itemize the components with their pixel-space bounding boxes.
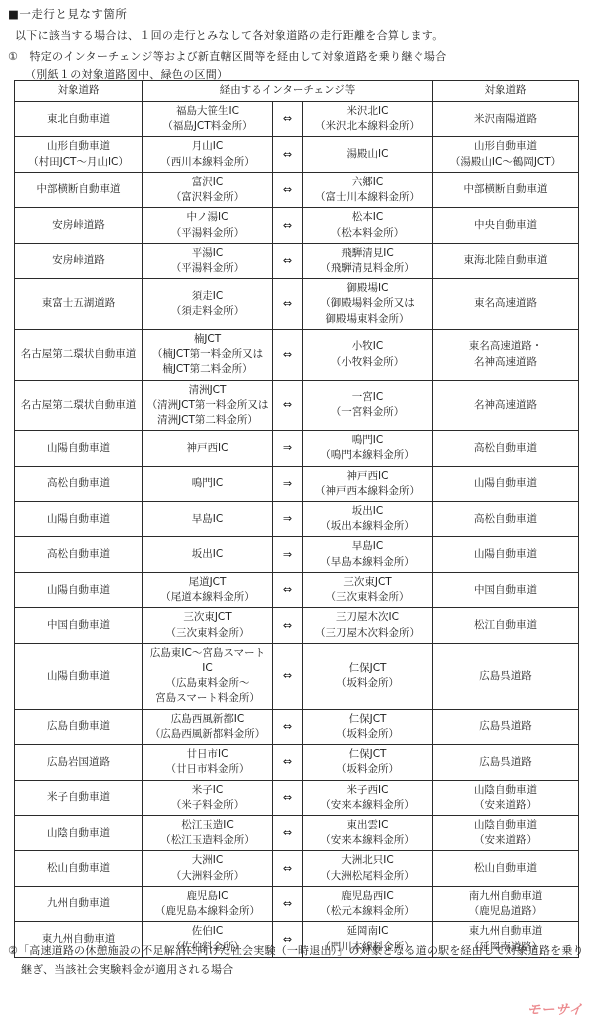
header-road-left: 対象道路: [15, 81, 143, 102]
transfer-arrow-icon: ⇔: [273, 137, 303, 172]
road-right-cell: 東海北陸自動車道: [433, 243, 579, 278]
road-left-cell: 安房峠道路: [15, 243, 143, 278]
road-right-cell: 南九州自動車道 （鹿児島道路）: [433, 886, 579, 921]
via-ic2-cell: 鳴門IC （鳴門本線料金所）: [303, 431, 433, 466]
road-right-cell: 東名高速道路: [433, 279, 579, 330]
road-right-cell: 山陽自動車道: [433, 466, 579, 501]
document-page: ■一走行と見なす箇所 以下に該当する場合は、１回の走行とみなして各対象道路の走行…: [0, 0, 593, 1024]
route-transfer-table: 対象道路 経由するインターチェンジ等 対象道路 東北自動車道福島大笹生IC （福…: [14, 80, 579, 958]
via-ic1-cell: 尾道JCT （尾道本線料金所）: [143, 572, 273, 607]
transfer-arrow-icon: ⇔: [273, 172, 303, 207]
road-left-cell: 高松自動車道: [15, 537, 143, 572]
transfer-arrow-icon: ⇔: [273, 329, 303, 380]
road-right-cell: 中央自動車道: [433, 208, 579, 243]
via-ic2-cell: 米沢北IC （米沢北本線料金所）: [303, 102, 433, 137]
road-right-cell: 松山自動車道: [433, 851, 579, 886]
transfer-arrow-icon: ⇔: [273, 643, 303, 709]
transfer-arrow-icon: ⇔: [273, 851, 303, 886]
via-ic1-cell: 坂出IC: [143, 537, 273, 572]
via-ic2-cell: 東出雲IC （安来本線料金所）: [303, 815, 433, 850]
via-ic1-cell: 鹿児島IC （鹿児島本線料金所）: [143, 886, 273, 921]
via-ic1-cell: 米子IC （米子料金所）: [143, 780, 273, 815]
via-ic1-cell: 富沢IC （富沢料金所）: [143, 172, 273, 207]
table-row: 山陰自動車道松江玉造IC （松江玉造料金所）⇔東出雲IC （安来本線料金所）山陰…: [15, 815, 579, 850]
transfer-arrow-icon: ⇔: [273, 745, 303, 780]
table-row: 山陽自動車道尾道JCT （尾道本線料金所）⇔三次東JCT （三次東料金所）中国自…: [15, 572, 579, 607]
table-row: 山形自動車道 （村田JCT～月山IC）月山IC （西川本線料金所）⇔湯殿山IC山…: [15, 137, 579, 172]
via-ic2-cell: 飛騨清見IC （飛騨清見料金所）: [303, 243, 433, 278]
transfer-arrow-icon: ⇔: [273, 380, 303, 431]
road-right-cell: 高松自動車道: [433, 431, 579, 466]
via-ic1-cell: 廿日市IC （廿日市料金所）: [143, 745, 273, 780]
table-row: 中部横断自動車道富沢IC （富沢料金所）⇔六郷IC （富士川本線料金所）中部横断…: [15, 172, 579, 207]
road-left-cell: 名古屋第二環状自動車道: [15, 329, 143, 380]
transfer-arrow-icon: ⇒: [273, 466, 303, 501]
via-ic1-cell: 月山IC （西川本線料金所）: [143, 137, 273, 172]
road-left-cell: 九州自動車道: [15, 886, 143, 921]
via-ic2-cell: 小牧IC （小牧料金所）: [303, 329, 433, 380]
transfer-arrow-icon: ⇔: [273, 780, 303, 815]
via-ic1-cell: 三次東JCT （三次東料金所）: [143, 608, 273, 643]
table-row: 高松自動車道坂出IC⇒早島IC （早島本線料金所）山陽自動車道: [15, 537, 579, 572]
road-right-cell: 山形自動車道 （湯殿山IC～鶴岡JCT）: [433, 137, 579, 172]
road-left-cell: 山陽自動車道: [15, 431, 143, 466]
transfer-arrow-icon: ⇔: [273, 886, 303, 921]
via-ic1-cell: 楠JCT （楠JCT第一料金所又は 楠JCT第二料金所）: [143, 329, 273, 380]
road-left-cell: 名古屋第二環状自動車道: [15, 380, 143, 431]
road-left-cell: 山陽自動車道: [15, 643, 143, 709]
via-ic2-cell: 湯殿山IC: [303, 137, 433, 172]
transfer-arrow-icon: ⇔: [273, 709, 303, 744]
via-ic2-cell: 神戸西IC （神戸西本線料金所）: [303, 466, 433, 501]
via-ic2-cell: 仁保JCT （坂料金所）: [303, 745, 433, 780]
via-ic2-cell: 三刀屋木次IC （三刀屋木次料金所）: [303, 608, 433, 643]
via-ic1-cell: 鳴門IC: [143, 466, 273, 501]
road-right-cell: 名神高速道路: [433, 380, 579, 431]
road-right-cell: 中国自動車道: [433, 572, 579, 607]
via-ic2-cell: 早島IC （早島本線料金所）: [303, 537, 433, 572]
road-right-cell: 広島呉道路: [433, 643, 579, 709]
table-row: 安房峠道路中ノ湯IC （平湯料金所）⇔松本IC （松本料金所）中央自動車道: [15, 208, 579, 243]
road-left-cell: 山陽自動車道: [15, 502, 143, 537]
road-right-cell: 高松自動車道: [433, 502, 579, 537]
table-row: 広島岩国道路廿日市IC （廿日市料金所）⇔仁保JCT （坂料金所）広島呉道路: [15, 745, 579, 780]
road-left-cell: 米子自動車道: [15, 780, 143, 815]
transfer-arrow-icon: ⇒: [273, 502, 303, 537]
transfer-arrow-icon: ⇔: [273, 279, 303, 330]
table-row: 東北自動車道福島大笹生IC （福島JCT料金所）⇔米沢北IC （米沢北本線料金所…: [15, 102, 579, 137]
road-left-cell: 安房峠道路: [15, 208, 143, 243]
table-row: 山陽自動車道神戸西IC⇒鳴門IC （鳴門本線料金所）高松自動車道: [15, 431, 579, 466]
via-ic1-cell: 中ノ湯IC （平湯料金所）: [143, 208, 273, 243]
road-left-cell: 山形自動車道 （村田JCT～月山IC）: [15, 137, 143, 172]
via-ic1-cell: 須走IC （須走料金所）: [143, 279, 273, 330]
case2-text: ②「高速道路の休憩施設の不足解消に向けた社会実験（一時退出）」の対象となる道の駅…: [8, 941, 587, 980]
transfer-arrow-icon: ⇒: [273, 431, 303, 466]
road-left-cell: 中国自動車道: [15, 608, 143, 643]
road-right-cell: 広島呉道路: [433, 745, 579, 780]
table-row: 山陽自動車道早島IC⇒坂出IC （坂出本線料金所）高松自動車道: [15, 502, 579, 537]
via-ic1-cell: 平湯IC （平湯料金所）: [143, 243, 273, 278]
road-right-cell: 米沢南陽道路: [433, 102, 579, 137]
via-ic2-cell: 仁保JCT （坂料金所）: [303, 709, 433, 744]
table-row: 松山自動車道大洲IC （大洲料金所）⇔大洲北只IC （大洲松尾料金所）松山自動車…: [15, 851, 579, 886]
via-ic1-cell: 広島西風新都IC （広島西風新都料金所）: [143, 709, 273, 744]
table-row: 九州自動車道鹿児島IC （鹿児島本線料金所）⇔鹿児島西IC （松元本線料金所）南…: [15, 886, 579, 921]
transfer-arrow-icon: ⇔: [273, 102, 303, 137]
table-row: 名古屋第二環状自動車道楠JCT （楠JCT第一料金所又は 楠JCT第二料金所）⇔…: [15, 329, 579, 380]
via-ic2-cell: 坂出IC （坂出本線料金所）: [303, 502, 433, 537]
road-left-cell: 山陽自動車道: [15, 572, 143, 607]
road-right-cell: 山陽自動車道: [433, 537, 579, 572]
road-right-cell: 中部横断自動車道: [433, 172, 579, 207]
via-ic1-cell: 神戸西IC: [143, 431, 273, 466]
via-ic2-cell: 鹿児島西IC （松元本線料金所）: [303, 886, 433, 921]
road-left-cell: 東富士五湖道路: [15, 279, 143, 330]
via-ic2-cell: 米子西IC （安来本線料金所）: [303, 780, 433, 815]
table-row: 高松自動車道鳴門IC⇒神戸西IC （神戸西本線料金所）山陽自動車道: [15, 466, 579, 501]
transfer-arrow-icon: ⇔: [273, 243, 303, 278]
road-left-cell: 高松自動車道: [15, 466, 143, 501]
road-right-cell: 広島呉道路: [433, 709, 579, 744]
road-left-cell: 中部横断自動車道: [15, 172, 143, 207]
via-ic2-cell: 一宮IC （一宮料金所）: [303, 380, 433, 431]
road-left-cell: 広島岩国道路: [15, 745, 143, 780]
table-row: 米子自動車道米子IC （米子料金所）⇔米子西IC （安来本線料金所）山陰自動車道…: [15, 780, 579, 815]
via-ic1-cell: 大洲IC （大洲料金所）: [143, 851, 273, 886]
road-right-cell: 山陰自動車道 （安来道路）: [433, 780, 579, 815]
table-row: 広島自動車道広島西風新都IC （広島西風新都料金所）⇔仁保JCT （坂料金所）広…: [15, 709, 579, 744]
table-row: 山陽自動車道広島東IC～宮島スマートIC （広島東料金所～ 宮島スマート料金所）…: [15, 643, 579, 709]
via-ic2-cell: 松本IC （松本料金所）: [303, 208, 433, 243]
via-ic2-cell: 大洲北只IC （大洲松尾料金所）: [303, 851, 433, 886]
table-row: 名古屋第二環状自動車道清洲JCT （清洲JCT第一料金所又は 清洲JCT第二料金…: [15, 380, 579, 431]
mosai-logo: モーサイ: [526, 998, 585, 1018]
via-ic1-cell: 福島大笹生IC （福島JCT料金所）: [143, 102, 273, 137]
road-right-cell: 東名高速道路・ 名神高速道路: [433, 329, 579, 380]
via-ic1-cell: 早島IC: [143, 502, 273, 537]
transfer-arrow-icon: ⇒: [273, 537, 303, 572]
road-right-cell: 松江自動車道: [433, 608, 579, 643]
table-row: 中国自動車道三次東JCT （三次東料金所）⇔三刀屋木次IC （三刀屋木次料金所）…: [15, 608, 579, 643]
page-title: ■一走行と見なす箇所: [8, 6, 127, 22]
transfer-arrow-icon: ⇔: [273, 608, 303, 643]
case1-title: ① 特定のインターチェンジ等および新直轄区間等を経由して対象道路を乗り継ぐ場合: [8, 48, 447, 64]
header-via-interchange: 経由するインターチェンジ等: [143, 81, 433, 102]
route-table-body: 東北自動車道福島大笹生IC （福島JCT料金所）⇔米沢北IC （米沢北本線料金所…: [15, 102, 579, 958]
road-left-cell: 広島自動車道: [15, 709, 143, 744]
via-ic2-cell: 三次東JCT （三次東料金所）: [303, 572, 433, 607]
transfer-arrow-icon: ⇔: [273, 815, 303, 850]
table-row: 東富士五湖道路須走IC （須走料金所）⇔御殿場IC （御殿場料金所又は 御殿場東…: [15, 279, 579, 330]
via-ic2-cell: 御殿場IC （御殿場料金所又は 御殿場東料金所）: [303, 279, 433, 330]
via-ic2-cell: 仁保JCT （坂料金所）: [303, 643, 433, 709]
road-left-cell: 山陰自動車道: [15, 815, 143, 850]
road-left-cell: 東北自動車道: [15, 102, 143, 137]
table-row: 安房峠道路平湯IC （平湯料金所）⇔飛騨清見IC （飛騨清見料金所）東海北陸自動…: [15, 243, 579, 278]
transfer-arrow-icon: ⇔: [273, 572, 303, 607]
transfer-arrow-icon: ⇔: [273, 208, 303, 243]
via-ic1-cell: 松江玉造IC （松江玉造料金所）: [143, 815, 273, 850]
via-ic1-cell: 広島東IC～宮島スマートIC （広島東料金所～ 宮島スマート料金所）: [143, 643, 273, 709]
intro-text: 以下に該当する場合は、１回の走行とみなして各対象道路の走行距離を合算します。: [15, 27, 444, 43]
road-left-cell: 松山自動車道: [15, 851, 143, 886]
table-header-row: 対象道路 経由するインターチェンジ等 対象道路: [15, 81, 579, 102]
via-ic1-cell: 清洲JCT （清洲JCT第一料金所又は 清洲JCT第二料金所）: [143, 380, 273, 431]
road-right-cell: 山陰自動車道 （安来道路）: [433, 815, 579, 850]
via-ic2-cell: 六郷IC （富士川本線料金所）: [303, 172, 433, 207]
header-road-right: 対象道路: [433, 81, 579, 102]
